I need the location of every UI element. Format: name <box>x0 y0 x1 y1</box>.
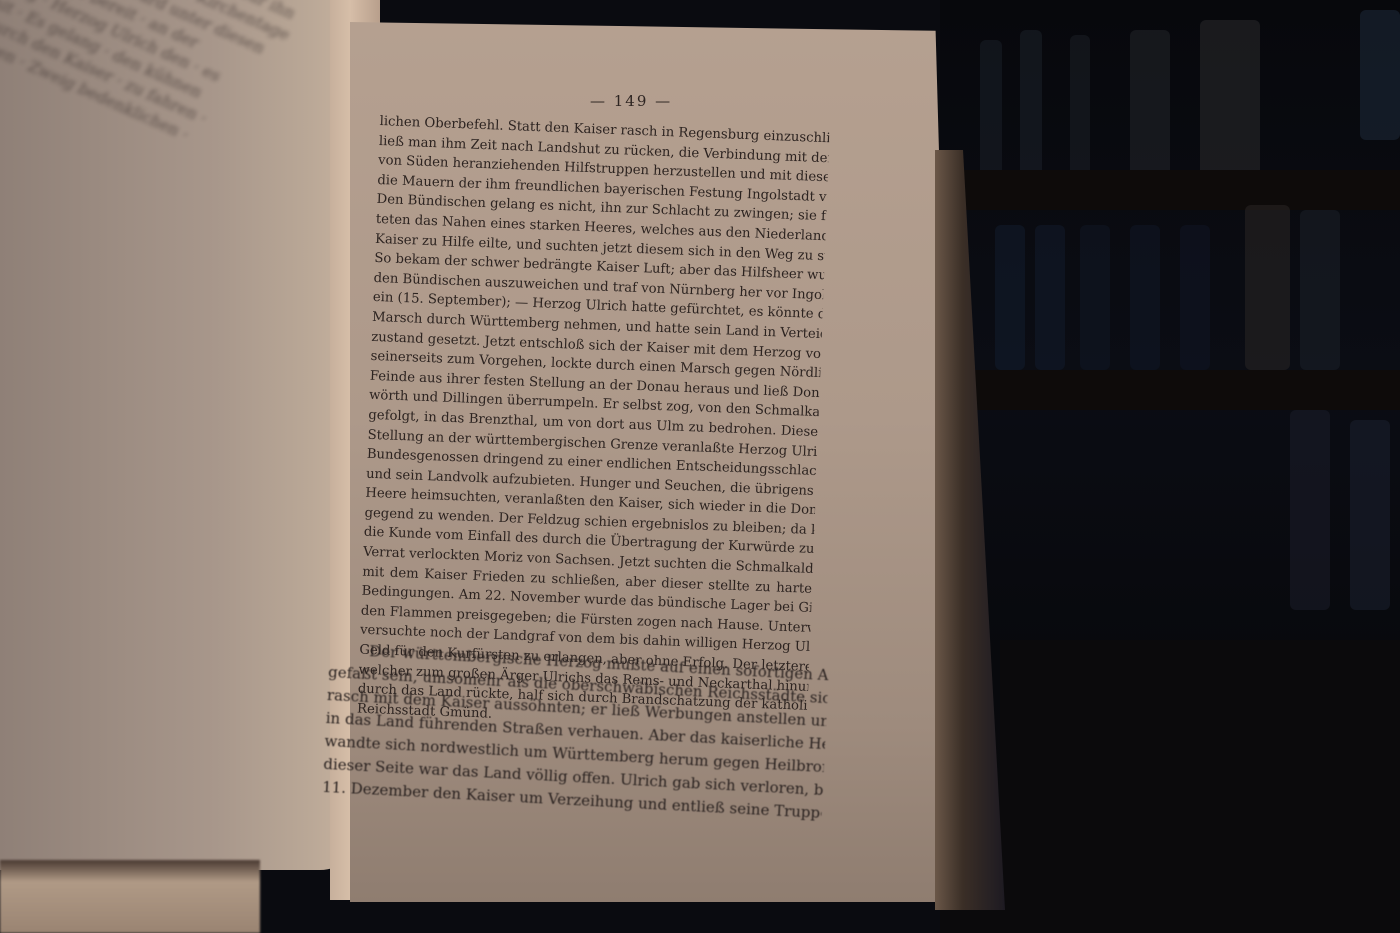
desk-surface <box>1000 640 1400 933</box>
paragraph-2: Der württembergische Herzog mußte auf ei… <box>322 638 830 825</box>
page-number: — 149 — <box>590 92 672 110</box>
left-page: lich seine andern · doch Ulrich wieder ·… <box>0 0 360 870</box>
left-page-text-blurred: lich seine andern · doch Ulrich wieder ·… <box>0 0 320 178</box>
lower-page-fragment <box>0 860 260 933</box>
